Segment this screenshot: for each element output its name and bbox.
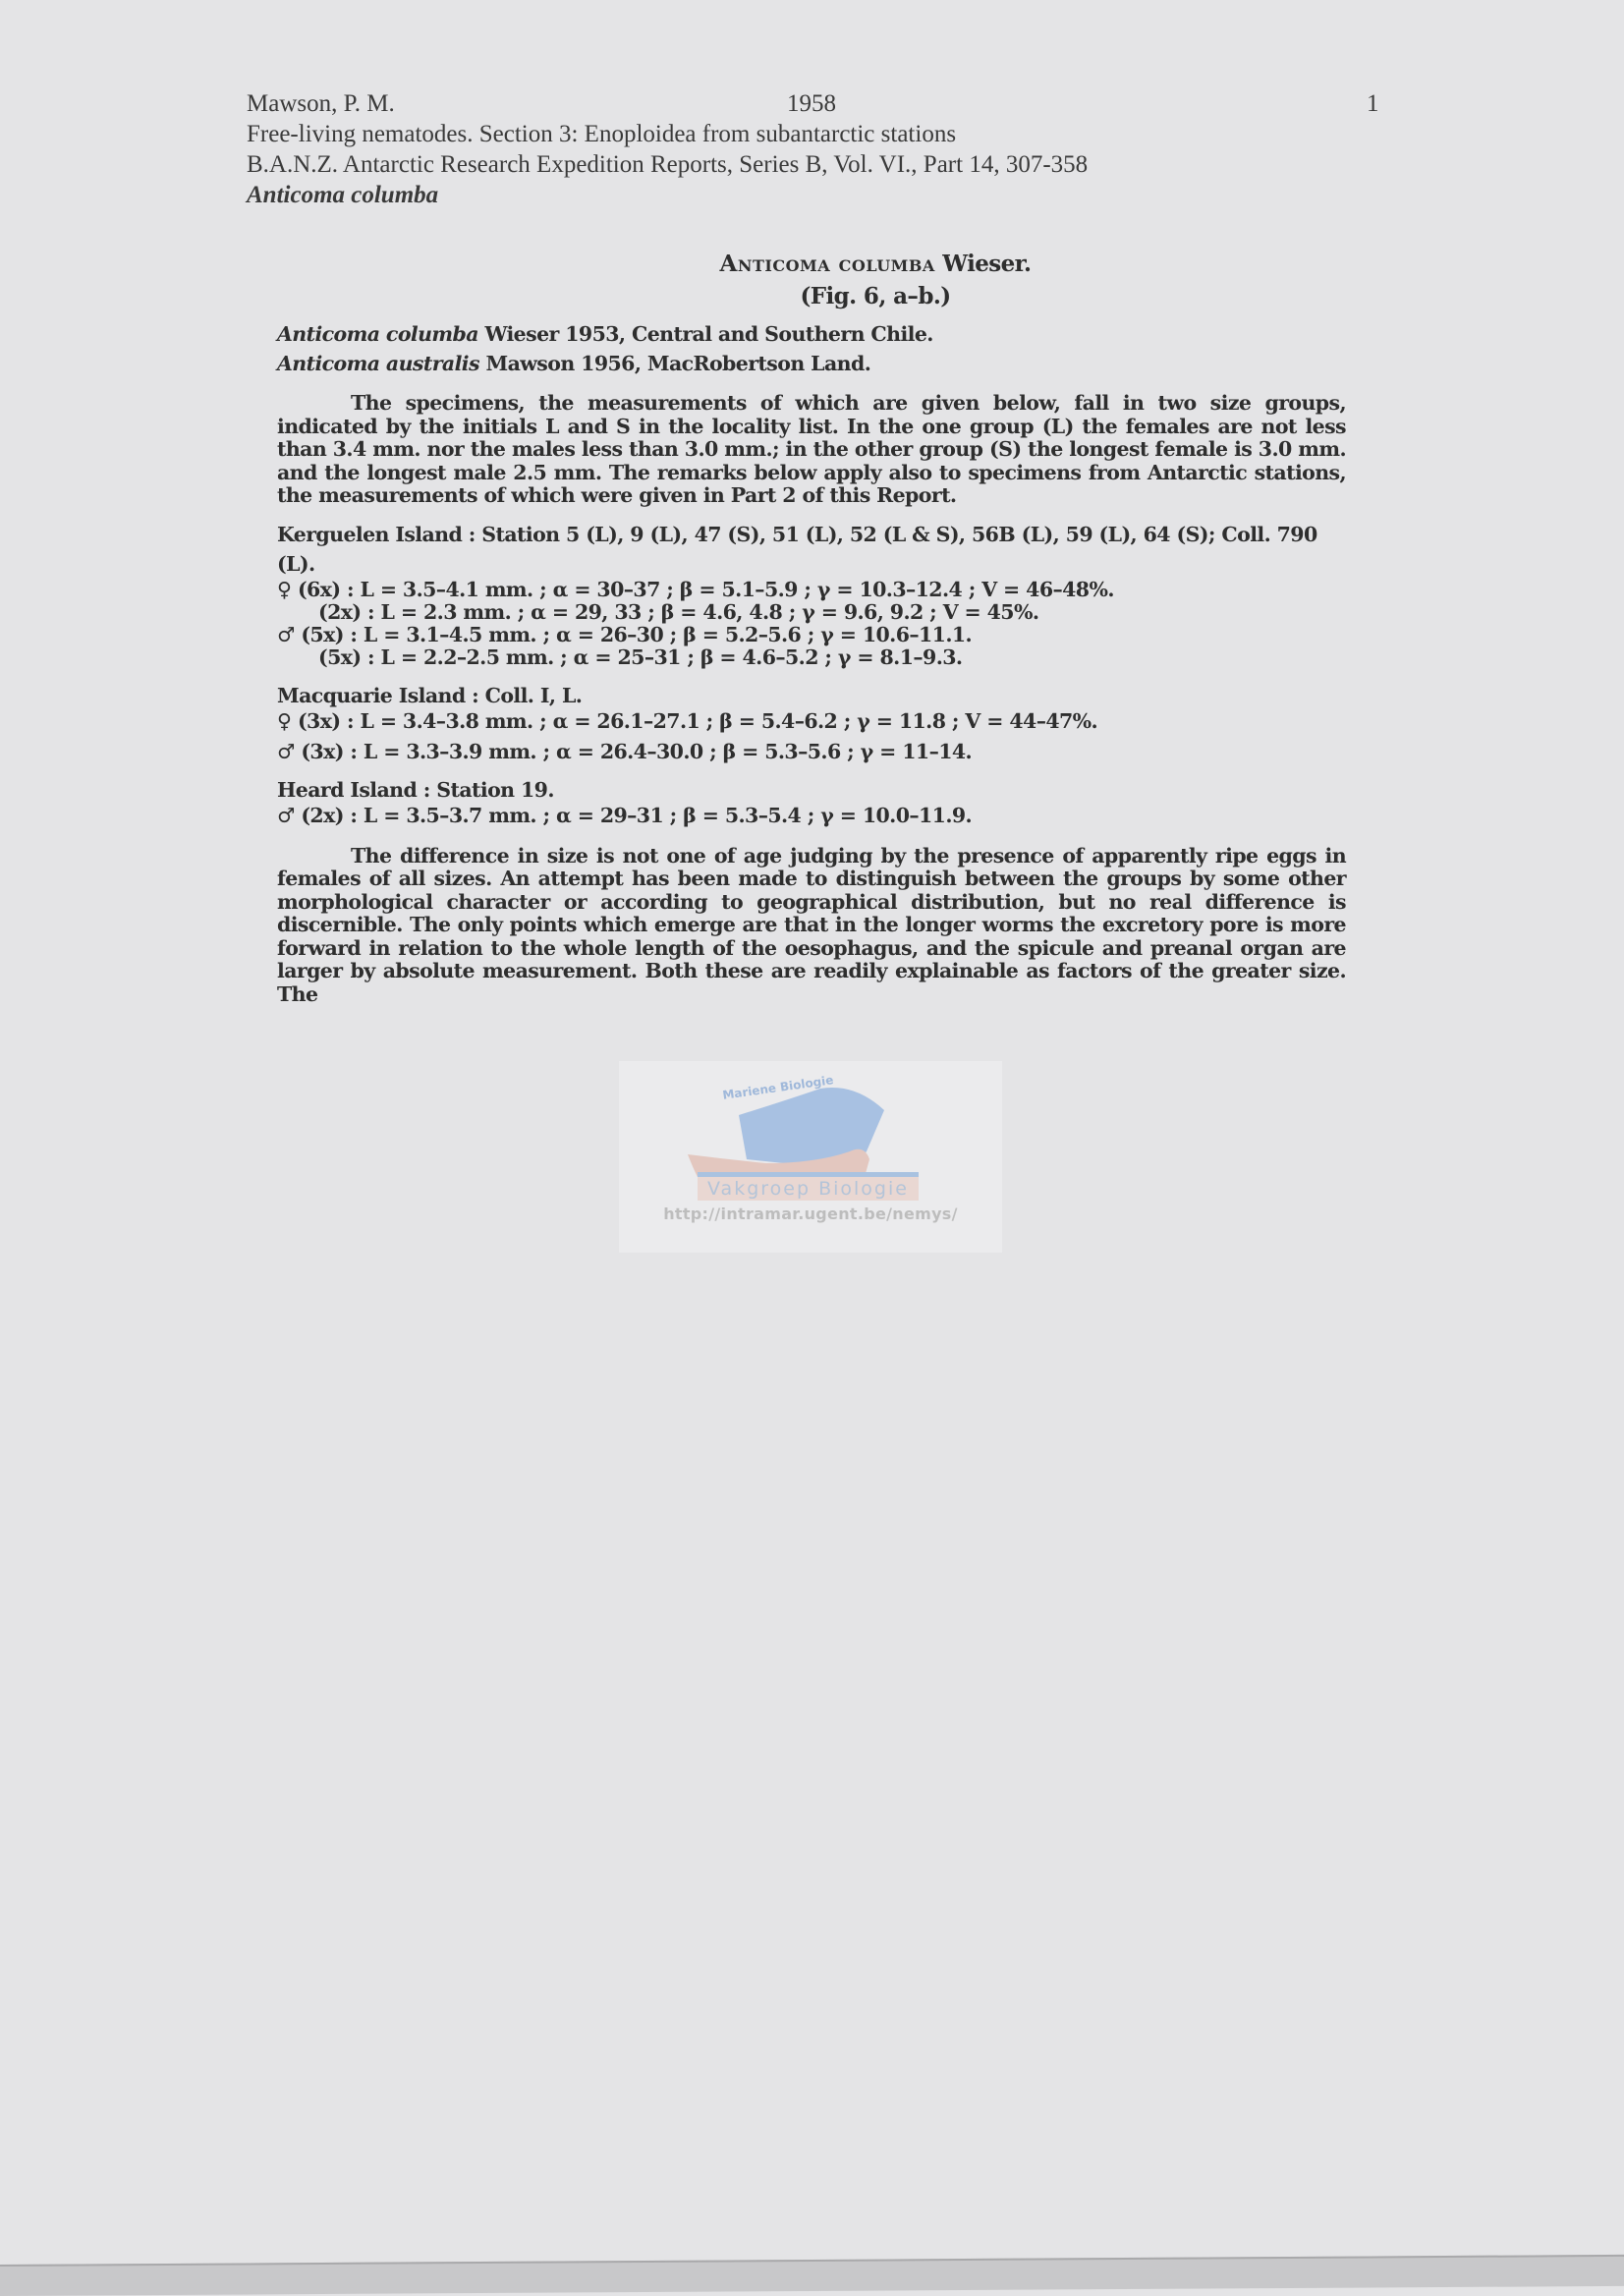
page-number: 1 xyxy=(1367,88,1379,119)
measurement-values: (2x) : L = 3.5–3.7 mm. ; α = 29–31 ; β =… xyxy=(301,804,972,827)
male-symbol-icon: ♂ xyxy=(277,740,295,763)
watermark-band-text: Vakgroep Biologie xyxy=(698,1172,919,1201)
synonym-citation: Wieser 1953, Central and Southern Chile. xyxy=(484,322,932,346)
female-symbol-icon: ♀ xyxy=(277,709,291,733)
measurement-values: (3x) : L = 3.3–3.9 mm. ; α = 26.4–30.0 ;… xyxy=(301,740,972,763)
locality-heading: Heard Island : Station 19. xyxy=(277,775,1346,805)
scan-edge xyxy=(0,2255,1624,2296)
female-symbol-icon: ♀ xyxy=(277,578,291,601)
male-symbol-icon: ♂ xyxy=(277,804,295,827)
measurement-values: (6x) : L = 3.5–4.1 mm. ; α = 30–37 ; β =… xyxy=(298,578,1114,601)
year: 1958 xyxy=(787,88,836,119)
citation-header: Mawson, P. M. 1958 1 Free-living nematod… xyxy=(247,88,1386,210)
locality-label: Macquarie Island : xyxy=(277,684,478,707)
locality-label: Kerguelen Island : xyxy=(277,523,476,546)
locality-heading: Macquarie Island : Coll. I, L. xyxy=(277,681,1346,710)
measurement-values: (2x) : L = 2.3 mm. ; α = 29, 33 ; β = 4.… xyxy=(318,600,1038,624)
measurement-row: ♀ (3x) : L = 3.4–3.8 mm. ; α = 26.1–27.1… xyxy=(277,710,1346,733)
measurement-row: ♂ (2x) : L = 3.5–3.7 mm. ; α = 29–31 ; β… xyxy=(277,805,1346,827)
locality-list: Kerguelen Island : Station 5 (L), 9 (L),… xyxy=(277,520,1346,827)
synonym-citation: Mawson 1956, MacRobertson Land. xyxy=(485,352,870,375)
measurement-values: (3x) : L = 3.4–3.8 mm. ; α = 26.1–27.1 ;… xyxy=(298,709,1097,733)
figure-reference: (Fig. 6, a–b.) xyxy=(405,280,1346,312)
male-symbol-icon: ♂ xyxy=(277,623,295,646)
measurement-row: ♂ (3x) : L = 3.3–3.9 mm. ; α = 26.4–30.0… xyxy=(277,741,1346,763)
measurement-row: ♀ (6x) : L = 3.5–4.1 mm. ; α = 30–37 ; β… xyxy=(277,579,1346,601)
synonym-item: Anticoma australis Mawson 1956, MacRober… xyxy=(277,349,1346,378)
species-name: Anticoma columba xyxy=(247,180,1386,210)
watermark-url: http://intramar.ugent.be/nemys/ xyxy=(619,1204,1002,1223)
locality-heading: Kerguelen Island : Station 5 (L), 9 (L),… xyxy=(277,520,1346,579)
heading-species: Anticoma columba xyxy=(720,251,935,277)
author: Mawson, P. M. xyxy=(247,88,395,119)
publication-source: B.A.N.Z. Antarctic Research Expedition R… xyxy=(247,149,1386,180)
locality-detail: Station 19. xyxy=(436,778,554,802)
measurement-values: (5x) : L = 3.1–4.5 mm. ; α = 26–30 ; β =… xyxy=(301,623,972,646)
synonym-name: Anticoma columba xyxy=(277,322,478,346)
locality-detail: Coll. I, L. xyxy=(485,684,583,707)
species-heading: Anticoma columba Wieser. xyxy=(405,248,1346,280)
watermark-logo: Mariene Biologie Vakgroep Biologie http:… xyxy=(619,1061,1002,1253)
synonym-name: Anticoma australis xyxy=(277,352,479,375)
discussion-paragraph: The difference in size is not one of age… xyxy=(277,845,1346,1007)
measurement-row: ♂ (5x) : L = 3.1–4.5 mm. ; α = 26–30 ; β… xyxy=(277,624,1346,646)
locality-label: Heard Island : xyxy=(277,778,430,802)
synonym-item: Anticoma columba Wieser 1953, Central an… xyxy=(277,319,1346,349)
publication-title: Free-living nematodes. Section 3: Enoplo… xyxy=(247,119,1386,149)
heading-author: Wieser. xyxy=(942,251,1031,277)
article-body: Anticoma columba Wieser. (Fig. 6, a–b.) … xyxy=(277,248,1346,1006)
measurement-row: (5x) : L = 2.2–2.5 mm. ; α = 25–31 ; β =… xyxy=(277,646,1346,669)
measurement-values: (5x) : L = 2.2–2.5 mm. ; α = 25–31 ; β =… xyxy=(318,645,962,669)
intro-paragraph: The specimens, the measurements of which… xyxy=(277,392,1346,508)
measurement-row: (2x) : L = 2.3 mm. ; α = 29, 33 ; β = 4.… xyxy=(277,601,1346,624)
synonym-list: Anticoma columba Wieser 1953, Central an… xyxy=(277,319,1346,378)
